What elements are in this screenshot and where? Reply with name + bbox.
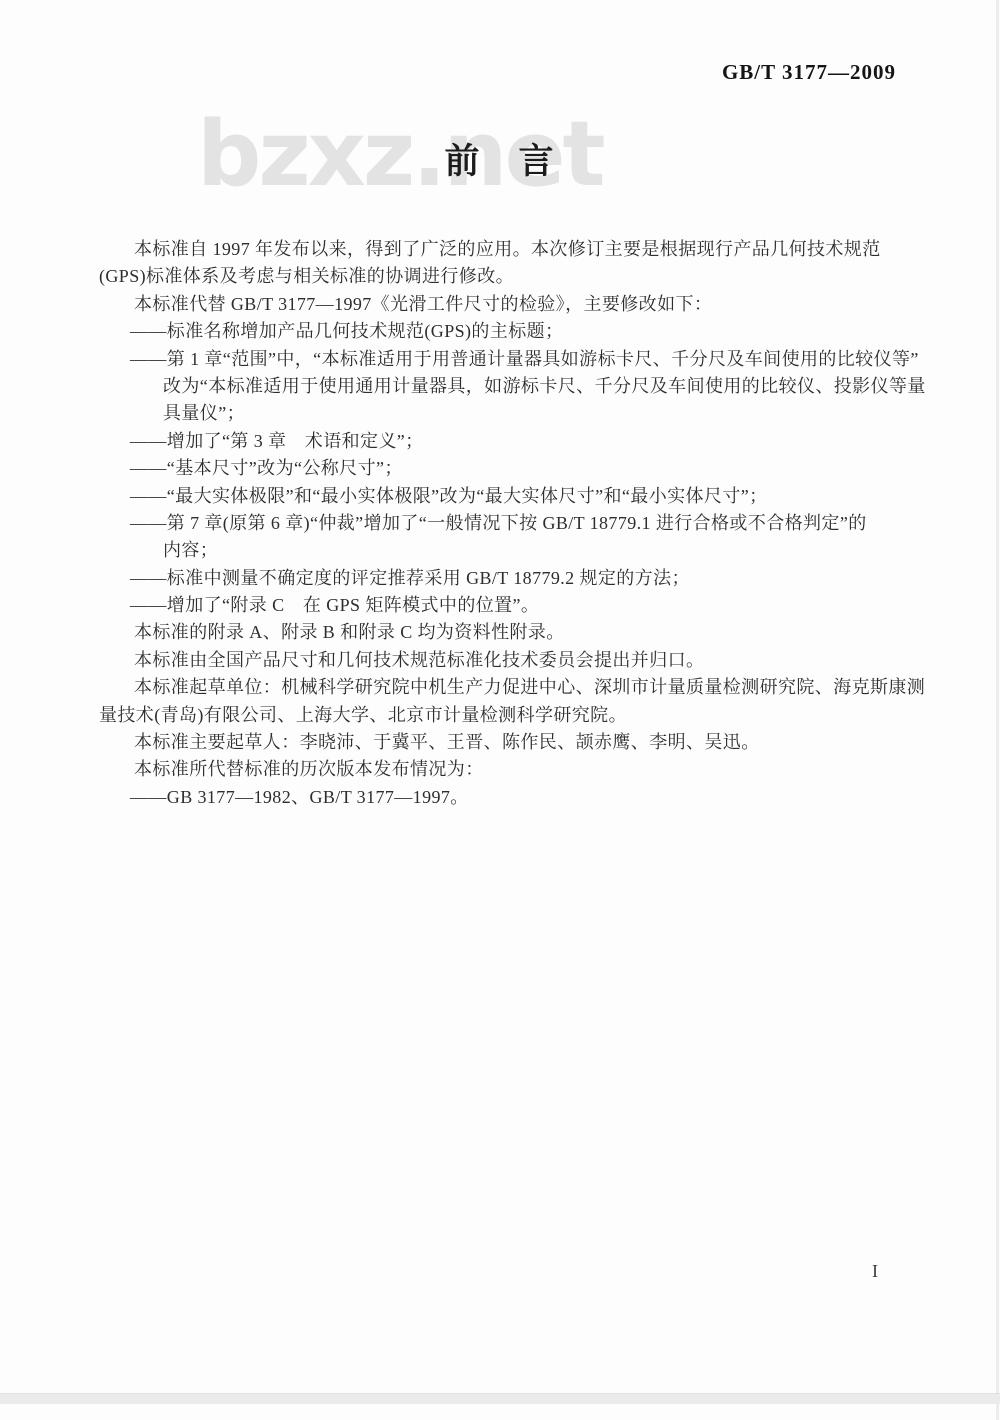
text-line: ——GB 3177—1982、GB/T 3177—1997。	[99, 784, 915, 811]
text-line: 具量仪”；	[99, 400, 915, 427]
text-line: ——标准中测量不确定度的评定推荐采用 GB/T 18779.2 规定的方法；	[99, 565, 915, 592]
page-number: I	[872, 1261, 878, 1282]
text-line: ——增加了“第 3 章 术语和定义”；	[99, 428, 915, 455]
text-line: ——第 7 章(原第 6 章)“仲裁”增加了“一般情况下按 GB/T 18779…	[99, 510, 915, 537]
text-line: ——“基本尺寸”改为“公称尺寸”；	[99, 455, 915, 482]
text-line: ——“最大实体极限”和“最小实体极限”改为“最大实体尺寸”和“最小实体尺寸”；	[99, 483, 915, 510]
text-line: 本标准自 1997 年发布以来，得到了广泛的应用。本次修订主要是根据现行产品几何…	[99, 236, 915, 263]
foreword-body: 本标准自 1997 年发布以来，得到了广泛的应用。本次修订主要是根据现行产品几何…	[99, 236, 915, 811]
document-page: GB/T 3177—2009 bzxz.net 前 言 本标准自 1997 年发…	[0, 0, 1000, 1420]
text-line: ——标准名称增加产品几何技术规范(GPS)的主标题；	[99, 318, 915, 345]
text-line: ——第 1 章“范围”中，“本标准适用于用普通计量器具如游标卡尺、千分尺及车间使…	[99, 346, 915, 373]
text-line: 内容；	[99, 537, 915, 564]
text-line: 量技术(青岛)有限公司、上海大学、北京市计量检测科学研究院。	[99, 702, 915, 729]
text-line: 本标准起草单位：机械科学研究院中机生产力促进中心、深圳市计量质量检测研究院、海克…	[99, 674, 915, 701]
text-line: ——增加了“附录 C 在 GPS 矩阵模式中的位置”。	[99, 592, 915, 619]
text-line: 改为“本标准适用于使用通用计量器具，如游标卡尺、千分尺及车间使用的比较仪、投影仪…	[99, 373, 915, 400]
page-title: 前 言	[0, 134, 1000, 184]
scan-edge-right	[996, 0, 999, 1420]
text-line: 本标准主要起草人：李晓沛、于冀平、王晋、陈作民、颉赤鹰、李明、吴迅。	[99, 729, 915, 756]
text-line: 本标准所代替标准的历次版本发布情况为：	[99, 756, 915, 783]
text-line: 本标准的附录 A、附录 B 和附录 C 均为资料性附录。	[99, 619, 915, 646]
text-line: 本标准代替 GB/T 3177—1997《光滑工件尺寸的检验》，主要修改如下：	[99, 291, 915, 318]
text-line: (GPS)标准体系及考虑与相关标准的协调进行修改。	[99, 263, 915, 290]
standard-number: GB/T 3177—2009	[722, 60, 896, 85]
scan-edge-bottom	[0, 1393, 1000, 1404]
text-line: 本标准由全国产品尺寸和几何技术规范标准化技术委员会提出并归口。	[99, 647, 915, 674]
